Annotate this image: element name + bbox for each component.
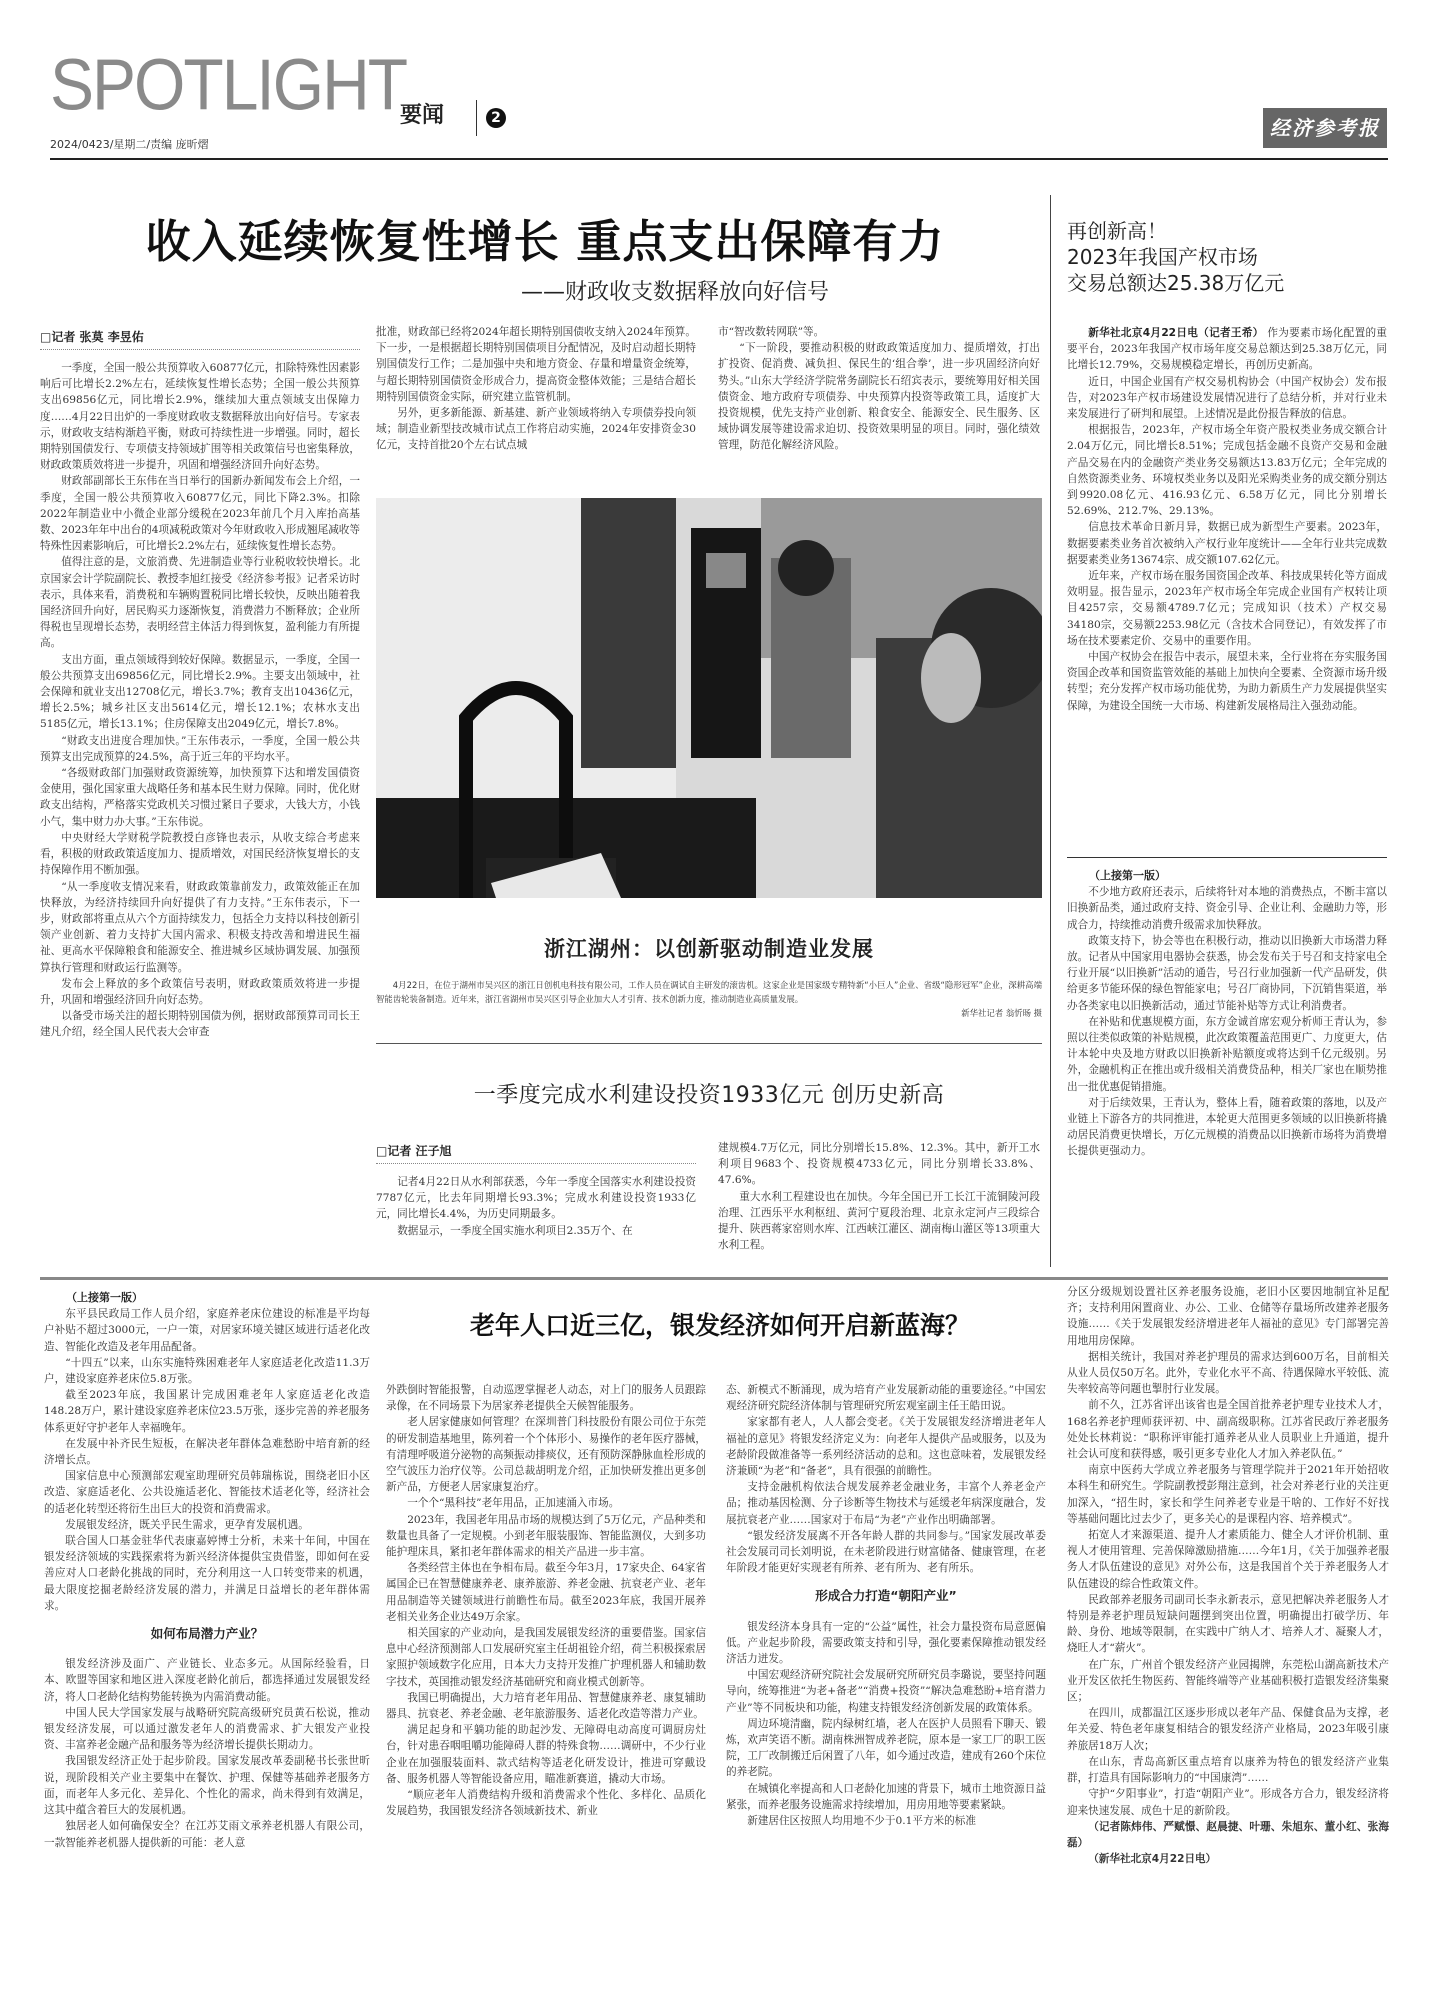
paragraph: 新建居住区按照人均用地不少于0.1平方米的标准 <box>726 1813 1046 1829</box>
paragraph: 财政部副部长王东伟在当日举行的国新办新闻发布会上介绍，一季度，全国一般公共预算收… <box>40 473 360 554</box>
masthead-spotlight: SPOTLIGHT <box>50 48 406 121</box>
paragraph: 中国宏观经济研究院社会发展研究所研究员李璐说，要坚持问题导向，统筹推进“为老+备… <box>726 1667 1046 1716</box>
paragraph: 据相关统计，我国对养老护理员的需求达到600万名，目前相关从业人员仅50万名。此… <box>1067 1349 1389 1398</box>
paragraph: 态、新模式不断涌现，成为培育产业发展新动能的重要途径。”中国宏观经济研究院经济体… <box>726 1382 1046 1414</box>
page-number-badge: 2 <box>486 108 506 128</box>
paragraph: 2023年，我国老年用品市场的规模达到了5万亿元，产品种类和数量也具备了一定规模… <box>386 1512 706 1561</box>
paragraph: “十四五”以来，山东实施特殊困难老年人家庭适老化改造11.3万户，建设家庭养老床… <box>44 1355 370 1387</box>
section-rule-middle <box>40 1277 1388 1280</box>
paragraph: 根据报告，2023年，产权市场全年资产股权类业务成交额合计2.04万亿元，同比增… <box>1067 422 1387 519</box>
paragraph: “顺应老年人消费结构升级和消费需求个性化、多样化、品质化发展趋势，我国银发经济各… <box>386 1787 706 1819</box>
subhead-sunrise-industry: 形成合力打造“朝阳产业” <box>726 1588 1046 1604</box>
paragraph: 近日，中国企业国有产权交易机构协会（中国产权协会）发布报告，对2023年产权市场… <box>1067 374 1387 423</box>
sidebar-divider <box>1050 195 1051 1267</box>
paragraph: 东平县民政局工作人员介绍，家庭养老床位建设的标准是平均每户补贴不超过3000元，… <box>44 1306 370 1355</box>
newspaper-logo: 经济参考报 <box>1263 108 1387 148</box>
sidebar-article-body: 新华社北京4月22日电（记者王希） 作为要素市场化配置的重要平台，2023年我国… <box>1067 325 1387 714</box>
paragraph: 在城镇化率提高和人口老龄化加速的背景下，城市土地资源日益紧张，而养老服务设施需求… <box>726 1781 1046 1813</box>
issue-dateline: 2024/0423/星期二/责编 庞昕熠 <box>50 136 209 152</box>
paragraph: 周边环境清幽，院内绿树红墙，老人在医护人员照看下聊天、锻炼，欢声笑语不断。湖南株… <box>726 1716 1046 1781</box>
paragraph: 政策支持下，协会等也在积极行动，推动以旧换新大市场潜力释放。记者从中国家用电器协… <box>1067 933 1387 1014</box>
paragraph: 值得注意的是，文旅消费、先进制造业等行业税收较快增长。北京国家会计学院副院长、教… <box>40 554 360 651</box>
sidebar-title-line: 交易总额达25.38万亿元 <box>1067 270 1387 296</box>
paragraph: 数据显示，一季度全国实施水利项目2.35万个、在 <box>376 1223 696 1239</box>
paragraph: 各类经营主体也在争相布局。截至今年3月，17家央企、64家省属国企已在智慧健康养… <box>386 1560 706 1625</box>
lead-article-byline: □记者 张莫 李昱佑 <box>40 328 360 350</box>
news-photo-gear-machine <box>376 498 1042 898</box>
paragraph: 重大水利工程建设也在加快。今年全国已开工长江干流铜陵河段治理、江西乐平水利枢纽、… <box>718 1189 1040 1254</box>
water-article-byline: □记者 汪子旭 <box>376 1142 696 1164</box>
paragraph: 在补贴和优惠规模方面，东方金诚首席宏观分析师王青认为，参照以往类似政策的补贴规模… <box>1067 1014 1387 1095</box>
photo-caption-title: 浙江湖州：以创新驱动制造业发展 <box>376 933 1042 963</box>
paragraph: 家家都有老人，人人都会变老。《关于发展银发经济增进老年人福祉的意见》将银发经济定… <box>726 1414 1046 1479</box>
paragraph: 外跌倒时智能报警，自动巡逻掌握老人动态，对上门的服务人员跟踪录像，在不同场景下为… <box>386 1382 706 1414</box>
paragraph: 一季度，全国一般公共预算收入60877亿元，扣除特殊性因素影响后可比增长2.2%… <box>40 360 360 473</box>
paragraph: 另外，更多新能源、新基建、新产业领域将纳入专项债券投向领域；制造业新型技改城市试… <box>376 405 696 454</box>
sidebar-title-line: 再创新高！ <box>1067 218 1387 244</box>
paragraph: 对于后续效果，王青认为，整体上看，随着政策的落地，以及产业链上下游各方的共同推进… <box>1067 1095 1387 1160</box>
lead-article-column-3: 市“智改数转网联”等。 “下一阶段，要推动积极的财政政策适度加力、提质增效，打出… <box>718 324 1040 454</box>
silver-article-column-2: 外跌倒时智能报警，自动巡逻掌握老人动态，对上门的服务人员跟踪录像，在不同场景下为… <box>386 1382 706 1819</box>
photo-caption-text: 4月22日，在位于湖州市吴兴区的浙江日创机电科技有限公司，工作人员在调试自主研发… <box>376 978 1042 1006</box>
paragraph: 截至2023年底，我国累计完成困难老年人家庭适老化改造148.28万户，累计建设… <box>44 1387 370 1436</box>
water-article-body-1: 记者4月22日从水利部获悉，今年一季度全国落实水利建设投资7787亿元，比去年同… <box>376 1174 696 1239</box>
paragraph: 联合国人口基金驻华代表康嘉婷博士分析，未来十年间，中国在银发经济领域的实践探索将… <box>44 1533 370 1614</box>
paragraph: “从一季度收支情况来看，财政政策靠前发力，政策效能正在加快释放，为经济持续回升向… <box>40 879 360 976</box>
lead-article-column-1: □记者 张莫 李昱佑 一季度，全国一般公共预算收入60877亿元，扣除特殊性因素… <box>40 328 360 1041</box>
subhead-potential-industries: 如何布局潜力产业？ <box>44 1626 370 1642</box>
paragraph: 发展银发经济，既关乎民生需求，更孕育发展机遇。 <box>44 1517 370 1533</box>
paragraph: 一个个“黑科技”老年用品，正加速涌入市场。 <box>386 1495 706 1511</box>
silver-article-title: 老年人口近三亿，银发经济如何开启新蓝海？ <box>380 1306 1060 1342</box>
sidebar-rule <box>1067 857 1387 858</box>
paragraph: 我国银发经济正处于起步阶段。国家发展改革委副秘书长张世昕说，现阶段相关产业主要集… <box>44 1753 370 1818</box>
paragraph: 在广东，广州首个银发经济产业园揭牌，东莞松山湖高新技术产业开发区依托生物医药、智… <box>1067 1657 1389 1706</box>
paragraph: 银发经济涉及面广、产业链长、业态多元。从国际经验看，日本、欧盟等国家和地区进入深… <box>44 1656 370 1705</box>
sidebar-dateline: 新华社北京4月22日电（记者王希） <box>1088 327 1263 339</box>
paragraph: 在四川，成都温江区逐步形成以老年产品、保健食品为支撑，老年关爱、特色老年康复相结… <box>1067 1705 1389 1754</box>
lead-article-title: 收入延续恢复性增长 重点支出保障有力 <box>50 205 1040 270</box>
reporters-signoff: （记者陈炜伟、严赋憬、赵晨捷、叶珊、朱旭东、董小红、张海磊） <box>1067 1819 1389 1851</box>
paragraph: 建规模4.7万亿元，同比分别增长15.8%、12.3%。其中，新开工水利项目96… <box>718 1140 1040 1189</box>
paragraph: 前不久，江苏省评出该省也是全国首批养老护理专业技术人才，168名养老护理师获评初… <box>1067 1397 1389 1462</box>
photo-illustration <box>376 498 1042 898</box>
paragraph: 在山东，青岛高新区重点培育以康养为特色的银发经济产业集群，打造具有国际影响力的“… <box>1067 1754 1389 1786</box>
water-article-column-2: 建规模4.7万亿元，同比分别增长15.8%、12.3%。其中，新开工水利项目96… <box>718 1140 1040 1253</box>
paragraph: 中国人民大学国家发展与战略研究院高级研究员黄石松说，推动银发经济发展，可以通过激… <box>44 1705 370 1754</box>
lead-article-body-1: 一季度，全国一般公共预算收入60877亿元，扣除特殊性因素影响后可比增长2.2%… <box>40 360 360 1041</box>
lead-article-subtitle: ——财政收支数据释放向好信号 <box>50 275 1040 306</box>
paragraph: 支持金融机构依法合规发展养老金融业务，丰富个人养老金产品；推动基因检测、分子诊断… <box>726 1479 1046 1528</box>
paragraph: 支出方面，重点领域得到较好保障。数据显示，一季度，全国一般公共预算支出69856… <box>40 652 360 733</box>
paragraph: 银发经济本身具有一定的“公益”属性，社会力量投资布局意愿偏低。产业起步阶段，需要… <box>726 1619 1046 1668</box>
paragraph: 在发展中补齐民生短板，在解决老年群体急难愁盼中培育新的经济增长点。 <box>44 1436 370 1468</box>
silver-article-column-1: （上接第一版） 东平县民政局工作人员介绍，家庭养老床位建设的标准是平均每户补贴不… <box>44 1290 370 1851</box>
paragraph: 中国产权协会在报告中表示，展望未来，全行业将在夯实服务国资国企改革和国资监管效能… <box>1067 649 1387 714</box>
silver-article-column-3: 态、新模式不断涌现，成为培育产业发展新动能的重要途径。”中国宏观经济研究院经济体… <box>726 1382 1046 1829</box>
paragraph: 独居老人如何确保安全？在江苏艾雨文承养老机器人有限公司，一款智能养老机器人提供新… <box>44 1818 370 1850</box>
sidebar-article-title: 再创新高！ 2023年我国产权市场 交易总额达25.38万亿元 <box>1067 218 1387 296</box>
paragraph: “银发经济发展离不开各年龄人群的共同参与。”国家发展改革委社会发展司司长刘明说，… <box>726 1528 1046 1577</box>
silver-article-column-4: 分区分级规划设置社区养老服务设施，老旧小区要因地制宜补足配齐；支持利用闲置商业、… <box>1067 1284 1389 1867</box>
paragraph: 市“智改数转网联”等。 <box>718 324 1040 340</box>
paragraph: “下一阶段，要推动积极的财政政策适度加力、提质增效，打出扩投资、促消费、减负担、… <box>718 340 1040 453</box>
paragraph: 信息技术革命日新月异，数据已成为新型生产要素。2023年，数据要素类业务首次被纳… <box>1067 519 1387 568</box>
photo-caption: 4月22日，在位于湖州市吴兴区的浙江日创机电科技有限公司，工作人员在调试自主研发… <box>376 978 1042 1020</box>
paragraph: 守护“夕阳事业”，打造“朝阳产业”。形成各方合力，银发经济将迎来快速发展、成色十… <box>1067 1786 1389 1818</box>
paragraph: 不少地方政府还表示，后续将针对本地的消费热点，不断丰富以旧换新品类，通过政府支持… <box>1067 884 1387 933</box>
paragraph: 批准，财政部已经将2024年超长期特别国债收支纳入2024年预算。下一步，一是根… <box>376 324 696 405</box>
paragraph: 发布会上释放的多个政策信号表明，财政政策质效将进一步提升，巩固和增强经济回升向好… <box>40 976 360 1008</box>
section-divider <box>476 100 477 136</box>
water-article-column-1: □记者 汪子旭 记者4月22日从水利部获悉，今年一季度全国落实水利建设投资778… <box>376 1142 696 1239</box>
paragraph: 南京中医药大学成立养老服务与管理学院并于2021年开始招收本科生和研究生。学院副… <box>1067 1462 1389 1527</box>
paragraph: “财政支出进度合理加快。”王东伟表示，一季度，全国一般公共预算支出完成预算的24… <box>40 733 360 765</box>
tradein-continued-article: （上接第一版） 不少地方政府还表示，后续将针对本地的消费热点，不断丰富以旧换新品… <box>1067 868 1387 1160</box>
paragraph: 以备受市场关注的超长期特别国债为例，据财政部预算司司长王建凡介绍，经全国人民代表… <box>40 1008 360 1040</box>
paragraph: 中央财经大学财税学院教授白彦锋也表示，从收支综合考虑来看，积极的财政政策适度加力… <box>40 830 360 879</box>
paragraph: 满足起身和平躺功能的助起沙发、无障碍电动高度可调厨房灶台，针对患吞咽咀嚼功能障碍… <box>386 1722 706 1787</box>
paragraph: 相关国家的产业动向，是我国发展银发经济的重要借鉴。国家信息中心经济预测部人口发展… <box>386 1625 706 1690</box>
paragraph: 拓宽人才来源渠道、提升人才素质能力、健全人才评价机制、重视人才使用管理、完善保障… <box>1067 1527 1389 1592</box>
continued-label: （上接第一版） <box>44 1290 370 1306</box>
water-article-title: 一季度完成水利建设投资1933亿元 创历史新高 <box>376 1078 1042 1109</box>
photo-credit: 新华社记者 翁忻旸 摄 <box>376 1006 1042 1020</box>
paragraph: “各级财政部门加强财政资源统筹，加快预算下达和增发国债资金使用，强化国家重大战略… <box>40 765 360 830</box>
section-name: 要闻 <box>400 98 444 129</box>
photo-bottom-rule <box>376 1043 1042 1044</box>
paragraph: 民政部养老服务司副司长李永新表示，意见把解决养老服务人才特别是养老护理员短缺问题… <box>1067 1592 1389 1657</box>
sidebar-title-line: 2023年我国产权市场 <box>1067 244 1387 270</box>
paragraph: 分区分级规划设置社区养老服务设施，老旧小区要因地制宜补足配齐；支持利用闲置商业、… <box>1067 1284 1389 1349</box>
paragraph: 我国已明确提出，大力培育老年用品、智慧健康养老、康复辅助器具、抗衰老、养老金融、… <box>386 1690 706 1722</box>
header-rule <box>50 158 1388 160</box>
paragraph: 老人居家健康如何管理？在深圳普门科技股份有限公司位于东莞的研发制造基地里，陈列着… <box>386 1414 706 1495</box>
paragraph: 国家信息中心预测部宏观室助理研究员韩瑞栋说，围绕老旧小区改造、家庭适老化、公共设… <box>44 1468 370 1517</box>
paragraph: 记者4月22日从水利部获悉，今年一季度全国落实水利建设投资7787亿元，比去年同… <box>376 1174 696 1223</box>
continued-label: （上接第一版） <box>1067 868 1387 884</box>
lead-article-column-2: 批准，财政部已经将2024年超长期特别国债收支纳入2024年预算。下一步，一是根… <box>376 324 696 454</box>
paragraph: 近年来，产权市场在服务国资国企改革、科技成果转化等方面成效明显。报告显示，202… <box>1067 568 1387 649</box>
source-signoff: （新华社北京4月22日电） <box>1067 1851 1389 1867</box>
